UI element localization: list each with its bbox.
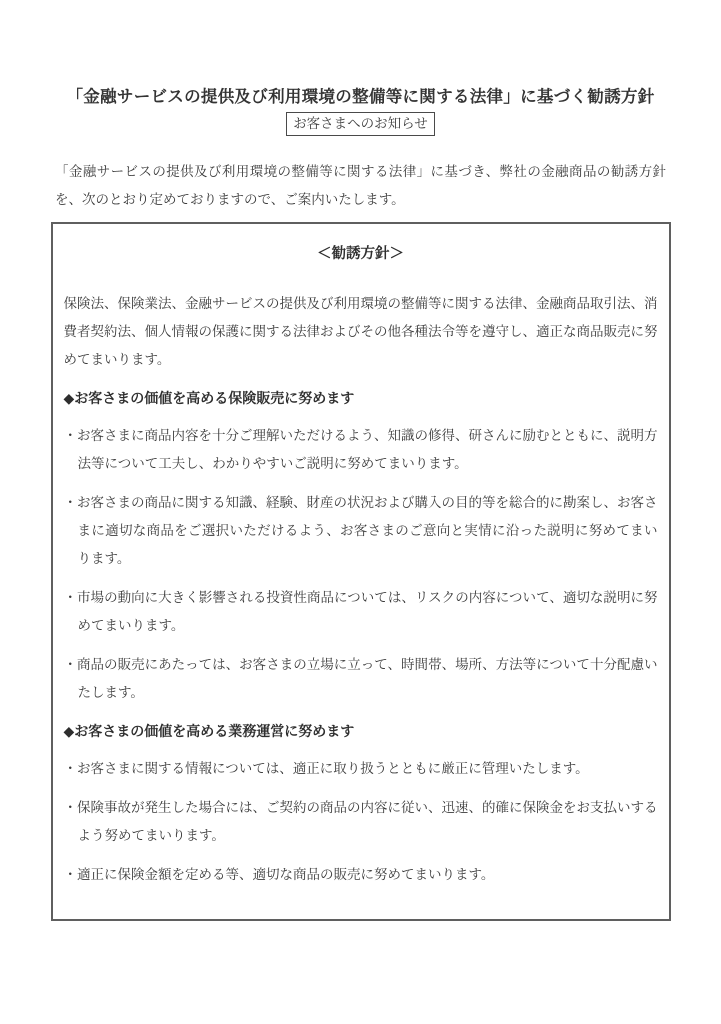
bullet-marker: ・ xyxy=(64,495,78,510)
page-title: 「金融サービスの提供及び利用環境の整備等に関する法律」に基づく勧誘方針 xyxy=(0,0,721,108)
document-page: 「金融サービスの提供及び利用環境の整備等に関する法律」に基づく勧誘方針 お客さま… xyxy=(0,0,721,1024)
bullet-marker: ・ xyxy=(64,428,78,443)
policy-item-text: 保険事故が発生した場合には、ご契約の商品の内容に従い、迅速、的確に保険金をお支払… xyxy=(77,800,658,843)
policy-item-text: お客さまの商品に関する知識、経験、財産の状況および購入の目的等を総合的に勘案し、… xyxy=(77,495,658,566)
policy-item: ・適正に保険金額を定める等、適切な商品の販売に努めてまいります。 xyxy=(64,861,658,889)
policy-item: ・商品の販売にあたっては、お客さまの立場に立って、時間帯、場所、方法等について十… xyxy=(64,651,658,707)
policy-item-text: 適正に保険金額を定める等、適切な商品の販売に努めてまいります。 xyxy=(77,867,494,882)
notice-badge: お客さまへのお知らせ xyxy=(286,112,435,136)
policy-item: ・お客さまの商品に関する知識、経験、財産の状況および購入の目的等を総合的に勘案し… xyxy=(64,489,658,573)
policy-item-text: 市場の動向に大きく影響される投資性商品については、リスクの内容について、適切な説… xyxy=(77,590,657,633)
intro-paragraph: 「金融サービスの提供及び利用環境の整備等に関する法律」に基づき、弊社の金融商品の… xyxy=(55,158,666,214)
bullet-marker: ・ xyxy=(64,800,78,815)
policy-item: ・お客さまに商品内容を十分ご理解いただけるよう、知識の修得、研さんに励むとともに… xyxy=(64,422,658,478)
policy-item: ・お客さまに関する情報については、適正に取り扱うとともに厳正に管理いたします。 xyxy=(64,755,658,783)
bullet-marker: ・ xyxy=(64,590,78,605)
policy-item: ・保険事故が発生した場合には、ご契約の商品の内容に従い、迅速、的確に保険金をお支… xyxy=(64,794,658,850)
policy-item-text: 商品の販売にあたっては、お客さまの立場に立って、時間帯、場所、方法等について十分… xyxy=(77,657,657,700)
policy-item-text: お客さまに関する情報については、適正に取り扱うとともに厳正に管理いたします。 xyxy=(77,761,589,776)
policy-box-heading: ＜勧誘方針＞ xyxy=(64,242,658,266)
policy-item-text: お客さまに商品内容を十分ご理解いただけるよう、知識の修得、研さんに励むとともに、… xyxy=(77,428,658,471)
notice-row: お客さまへのお知らせ xyxy=(0,112,721,136)
policy-box: ＜勧誘方針＞ 保険法、保険業法、金融サービスの提供及び利用環境の整備等に関する法… xyxy=(51,222,671,921)
bullet-marker: ・ xyxy=(64,867,78,882)
section-heading-insurance-sales: ◆お客さまの価値を高める保険販売に努めます xyxy=(64,385,658,411)
policy-item: ・市場の動向に大きく影響される投資性商品については、リスクの内容について、適切な… xyxy=(64,584,658,640)
section-heading-business-operation: ◆お客さまの価値を高める業務運営に努めます xyxy=(64,718,658,744)
policy-lead-paragraph: 保険法、保険業法、金融サービスの提供及び利用環境の整備等に関する法律、金融商品取… xyxy=(64,290,658,374)
bullet-marker: ・ xyxy=(64,761,78,776)
bullet-marker: ・ xyxy=(64,657,78,672)
